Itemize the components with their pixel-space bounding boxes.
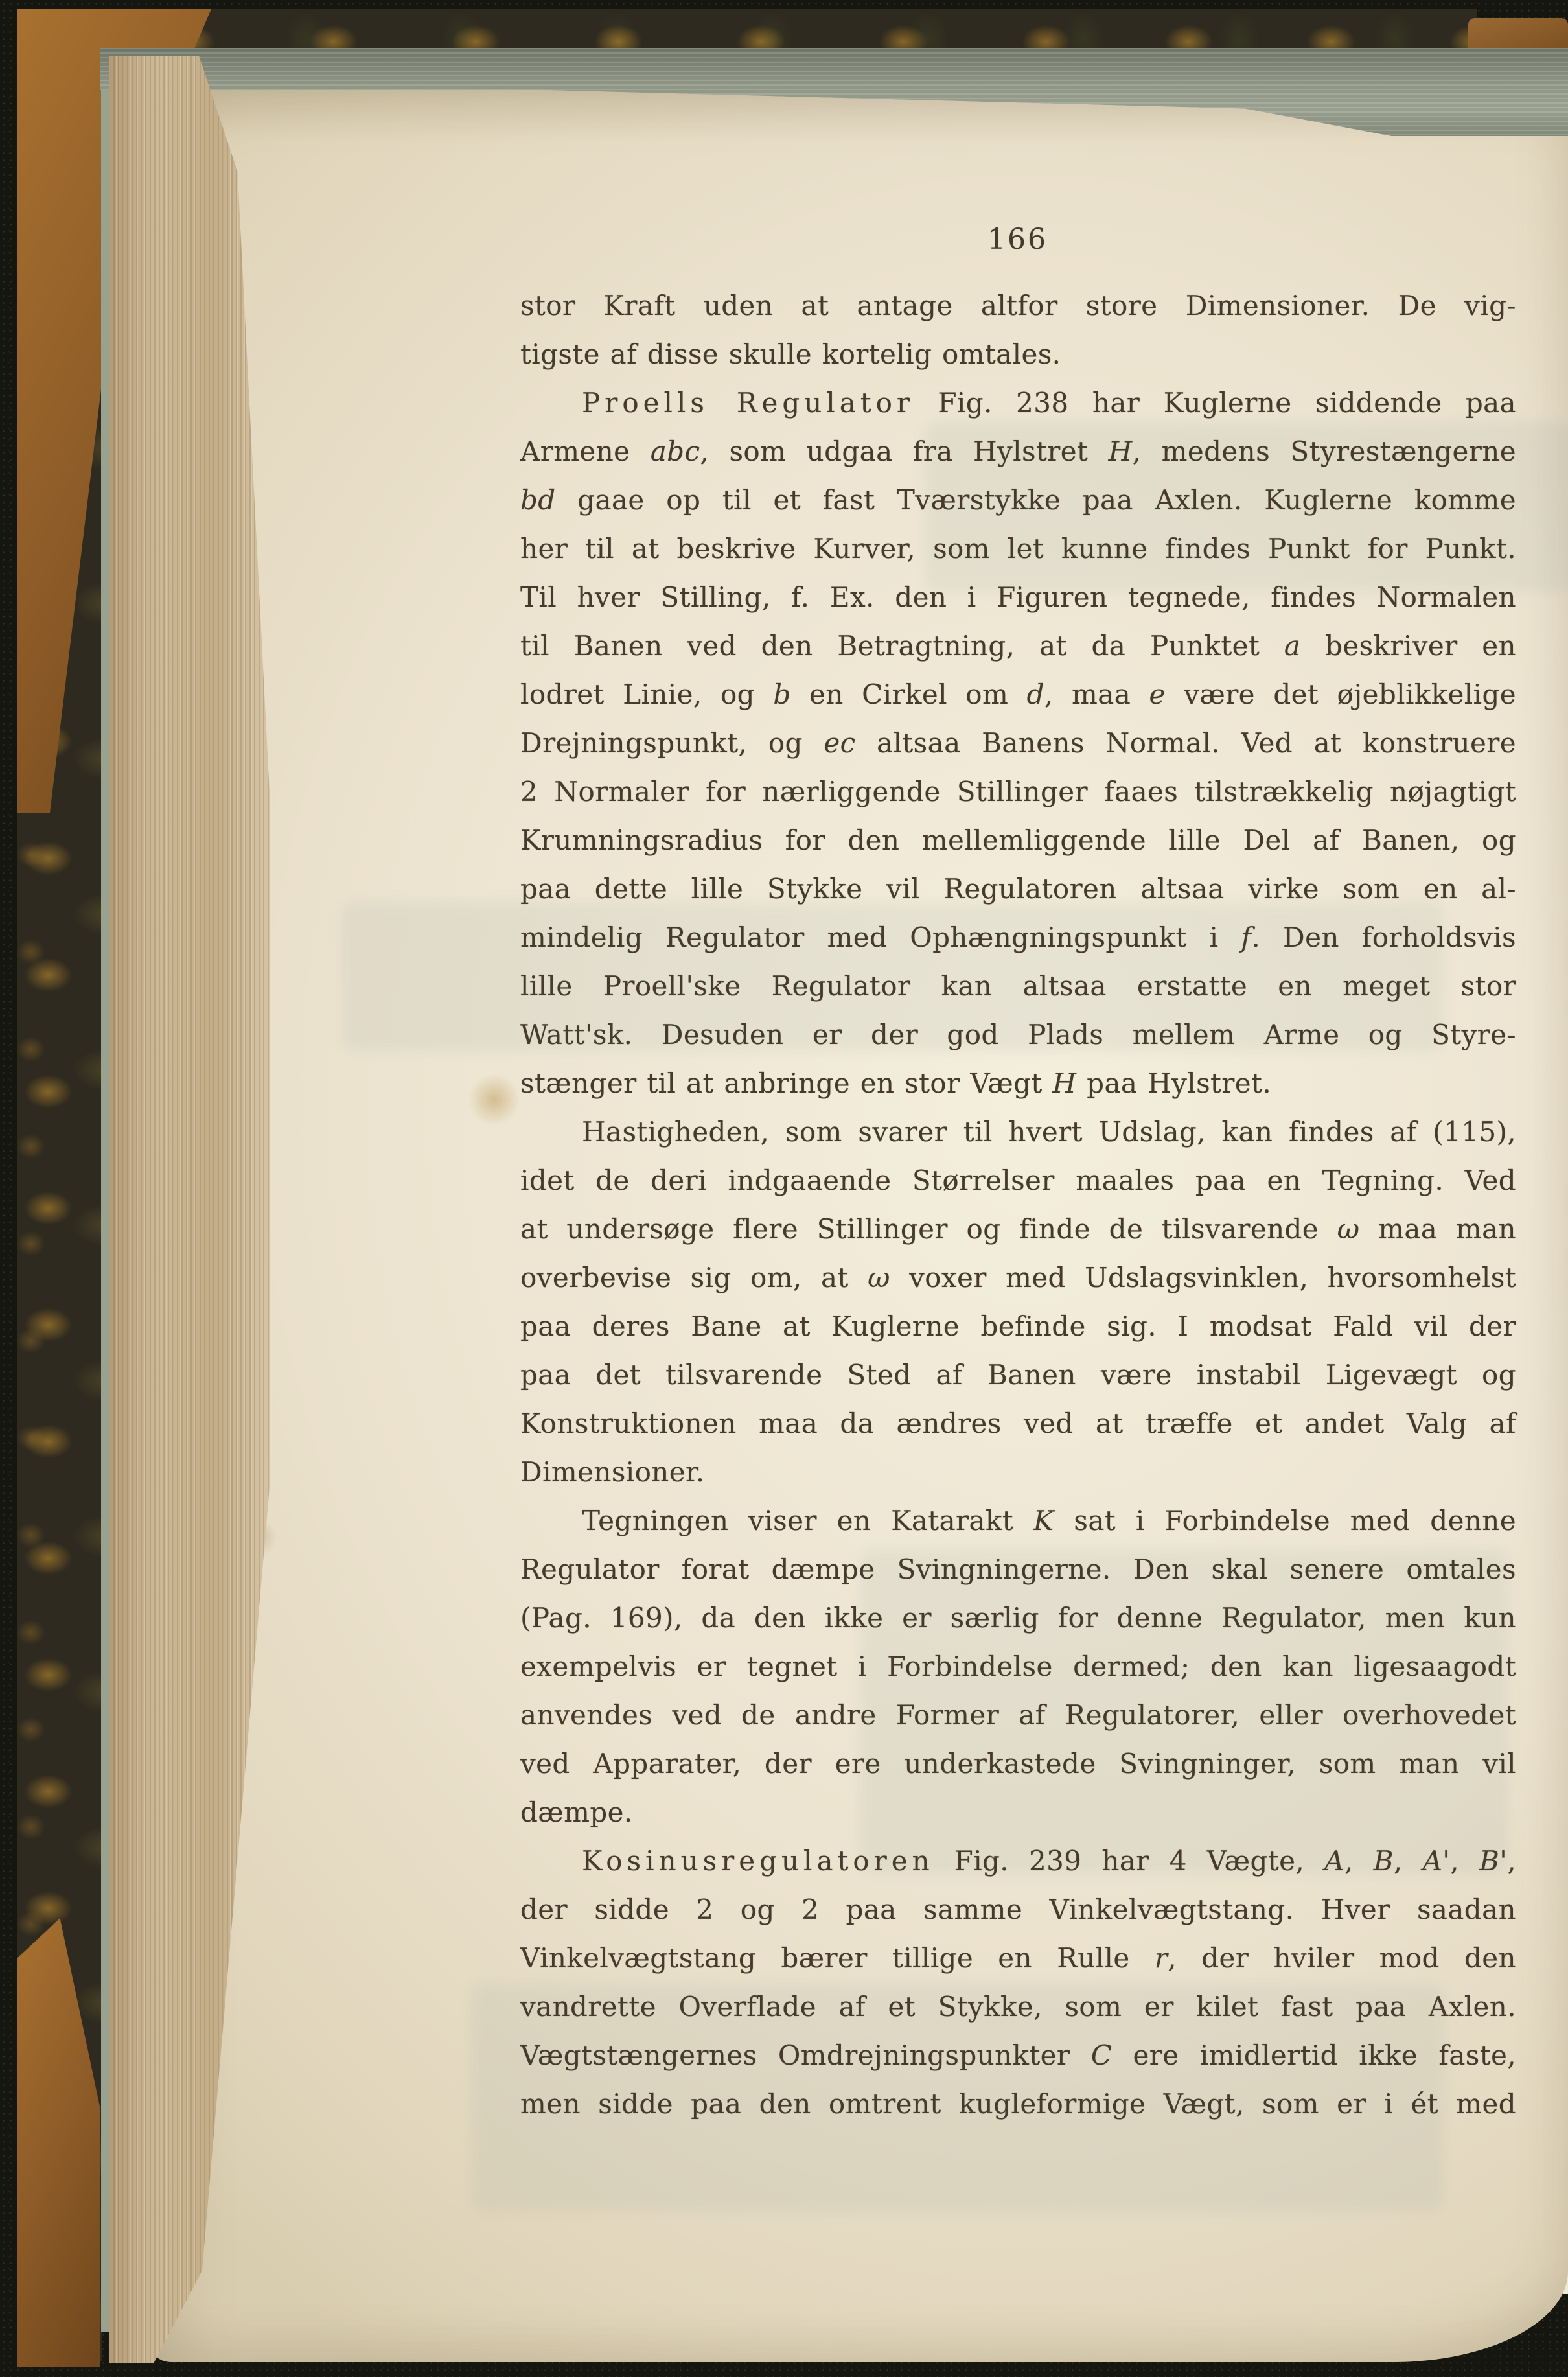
text-line: Regulator forat dæmpe Svingningerne. Den… bbox=[520, 1545, 1516, 1594]
text-line: tigste af disse skulle kortelig omtales. bbox=[520, 330, 1516, 378]
book-cover-top-edge bbox=[17, 9, 1477, 53]
text-line: Proells Regulator Fig. 238 har Kuglerne … bbox=[520, 378, 1516, 427]
text-line: men sidde paa den omtrent kugleformige V… bbox=[520, 2080, 1516, 2128]
text-line: Hastigheden, som svarer til hvert Udslag… bbox=[520, 1107, 1516, 1156]
text-line: idet de deri indgaaende Størrelser maale… bbox=[520, 1156, 1516, 1205]
text-line: lille Proell'ske Regulator kan altsaa er… bbox=[520, 962, 1516, 1010]
text-block: stor Kraft uden at antage altfor store D… bbox=[520, 281, 1516, 2128]
text-line: stænger til at anbringe en stor Vægt H p… bbox=[520, 1059, 1516, 1107]
text-line: lodret Linie, og b en Cirkel om d, maa e… bbox=[520, 670, 1516, 719]
text-line: (Pag. 169), da den ikke er særlig for de… bbox=[520, 1594, 1516, 1642]
text-line: ved Apparater, der ere underkastede Svin… bbox=[520, 1739, 1516, 1788]
text-line: Vægtstængernes Omdrejningspunkter C ere … bbox=[520, 2031, 1516, 2080]
stain bbox=[468, 1074, 520, 1126]
text-line: Kosinusregulatoren Fig. 239 har 4 Vægte,… bbox=[520, 1837, 1516, 1885]
page-number: 166 bbox=[520, 223, 1515, 256]
text-line: Til hver Stilling, f. Ex. den i Figuren … bbox=[520, 573, 1516, 621]
text-line: mindelig Regulator med Ophængningspunkt … bbox=[520, 913, 1516, 962]
text-line: Tegningen viser en Katarakt K sat i Forb… bbox=[520, 1496, 1516, 1545]
text-line: Krumningsradius for den mellemliggende l… bbox=[520, 816, 1516, 864]
text-line: exempelvis er tegnet i Forbindelse derme… bbox=[520, 1642, 1516, 1691]
text-line: vandrette Overflade af et Stykke, som er… bbox=[520, 1982, 1516, 2031]
text-line: Dimensioner. bbox=[520, 1448, 1516, 1496]
text-line: Konstruktionen maa da ændres ved at træf… bbox=[520, 1399, 1516, 1448]
text-line: overbevise sig om, at ω voxer med Udslag… bbox=[520, 1253, 1516, 1302]
text-line: 2 Normaler for nærliggende Stillinger fa… bbox=[520, 767, 1516, 816]
text-line: paa deres Bane at Kuglerne befinde sig. … bbox=[520, 1302, 1516, 1351]
text-line: stor Kraft uden at antage altfor store D… bbox=[520, 281, 1516, 330]
text-line: at undersøge flere Stillinger og finde d… bbox=[520, 1205, 1516, 1253]
text-line: her til at beskrive Kurver, som let kunn… bbox=[520, 524, 1516, 573]
text-line: dæmpe. bbox=[520, 1788, 1516, 1837]
text-line: paa det tilsvarende Sted af Banen være i… bbox=[520, 1351, 1516, 1399]
book-page: 166 stor Kraft uden at antage altfor sto… bbox=[148, 73, 1568, 2362]
text-line: Drejningspunkt, og ec altsaa Banens Norm… bbox=[520, 719, 1516, 767]
text-line: bd gaae op til et fast Tværstykke paa Ax… bbox=[520, 476, 1516, 524]
text-line: Watt'sk. Desuden er der god Plads mellem… bbox=[520, 1010, 1516, 1059]
text-line: paa dette lille Stykke vil Regulatoren a… bbox=[520, 864, 1516, 913]
text-line: til Banen ved den Betragtning, at da Pun… bbox=[520, 621, 1516, 670]
text-line: Vinkelvægtstang bærer tillige en Rulle r… bbox=[520, 1934, 1516, 1982]
text-line: Armene abc, som udgaa fra Hylstret H, me… bbox=[520, 427, 1516, 476]
scan-background: { "page": { "number": "166", "lines": [ … bbox=[0, 0, 1568, 2377]
text-line: der sidde 2 og 2 paa samme Vinkelvægtsta… bbox=[520, 1885, 1516, 1934]
text-line: anvendes ved de andre Former af Regulato… bbox=[520, 1691, 1516, 1739]
board-edge-line bbox=[101, 51, 110, 2332]
